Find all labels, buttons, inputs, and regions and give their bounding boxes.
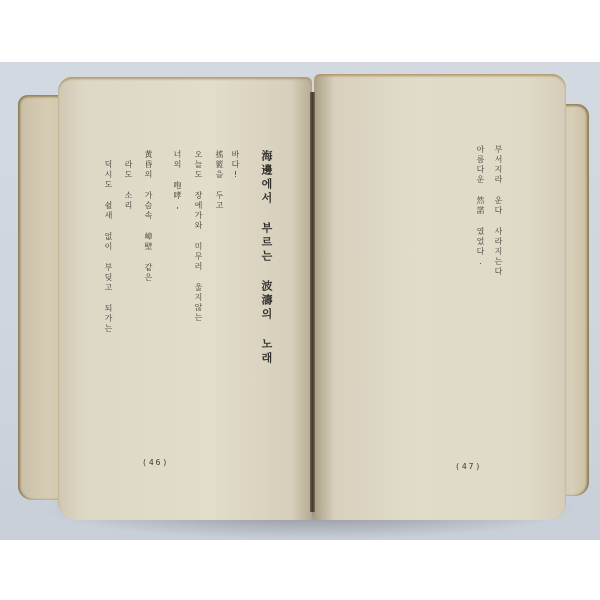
poem-line: 부서지라 운다 사라지는다 — [493, 145, 504, 277]
poem-line: 딕시도 쉴새 없이 부딪고 되가는 — [103, 160, 114, 334]
book-gutter — [310, 92, 315, 512]
poem-line: 바다! — [230, 150, 241, 181]
poem-title: 海邊에서 부르는 波濤의 노래 — [258, 150, 274, 366]
poem-line: 黃昏의 가슴속 嶂壁 같은 — [143, 150, 154, 283]
poem-line: 너의 咆哮, — [172, 150, 183, 212]
poem-line: 라도 소리 — [123, 160, 134, 211]
poem-line: 오늘도 장에가와 미무러 울지않는 — [193, 150, 204, 323]
page-number-right: (47) — [455, 462, 482, 471]
page-number-left: (46) — [142, 458, 169, 467]
right-page — [314, 74, 566, 520]
poem-line: 搖籃을 두고 — [214, 150, 225, 211]
poem-line: 아름다운 然諾 였었다. — [475, 145, 486, 268]
